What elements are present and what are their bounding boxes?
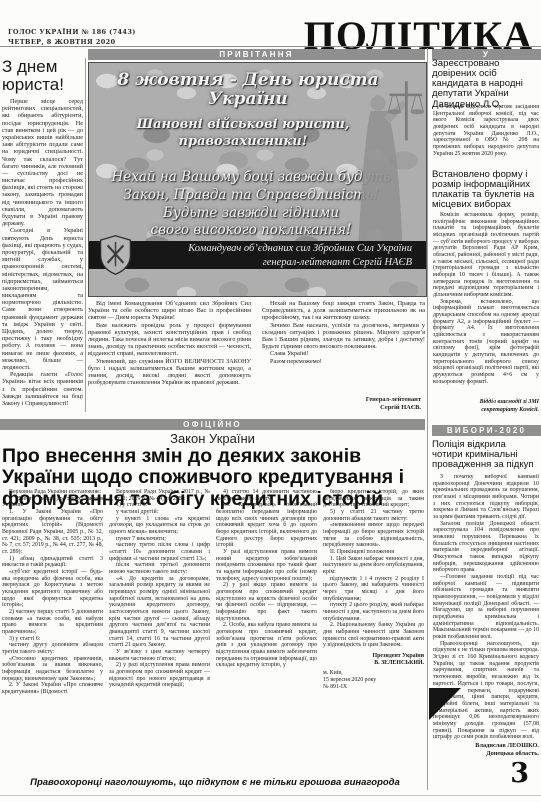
- letter-column-1: Від імені Командування Об’єднаних сил Зб…: [88, 300, 251, 412]
- card-caption-band: Командувач об’єднаних сил Збройних Сил У…: [89, 241, 426, 269]
- armed-forces-emblem-icon: [98, 234, 133, 276]
- footer-quote: Правоохоронці наголошують, що підкупом є…: [0, 777, 430, 788]
- card-subtitle-2: правозахисники!: [113, 134, 373, 150]
- letter-signature: Генерал-лейтенант Сергій НАЄВ.: [261, 396, 421, 411]
- newspaper-page: ГОЛОС УКРАЇНИ № 186 (7443) ЧЕТВЕР, 8 ЖОВ…: [0, 0, 541, 802]
- elections-article-signature: Владислав ЛЕОШКО. Донецька область.: [433, 742, 539, 758]
- law-column-3: 4) статтю 14 доповнити частиною шостою т…: [216, 489, 317, 775]
- law-place-date: м. Київ, 15 вересня 2020 року № 891-IX: [323, 670, 424, 690]
- masthead-issue-line: ГОЛОС УКРАЇНИ № 186 (7443): [8, 27, 136, 37]
- commander-letter: Від імені Командування Об’єднаних сил Зб…: [88, 300, 425, 416]
- letter-column-2: Нехай на Вашому боці завжди стоять Закон…: [262, 300, 425, 396]
- header-rule: [0, 46, 541, 47]
- greeting-card-photo: 8 жовтня - День юриста України Шановні в…: [88, 62, 427, 297]
- section-bar-greeting: ПРИВІТАННЯ: [88, 49, 425, 60]
- elections-article-title: Поліція відкрила чотири кримінальні пров…: [432, 440, 539, 470]
- left-article-body: Перше місце серед рейтингових спеціально…: [2, 98, 83, 412]
- masthead: ГОЛОС УКРАЇНИ № 186 (7443) ЧЕТВЕР, 8 ЖОВ…: [8, 27, 136, 47]
- law-body: Верховна Рада України постановляє:I. Вне…: [2, 489, 424, 775]
- sidebar-divider: [427, 48, 428, 790]
- law-column-4: бюро кредитних історій, до яких передава…: [323, 489, 424, 775]
- cec-article1-title: Зареєстровано довірених осіб кандидата в…: [432, 59, 539, 110]
- cec-article2-signature: Відділ взаємодії зі ЗМІ секретаріату Ком…: [433, 399, 539, 414]
- law-column-1: Верховна Рада України постановляє:I. Вне…: [2, 489, 103, 775]
- law-column-2: Верховної Ради України, 2017 р., № 1, ст…: [109, 489, 210, 775]
- law-president-signature: Президент України В. ЗЕЛЕНСЬКИЙ.: [323, 653, 424, 666]
- cec-article2-title: Встановлено форму і розмір інформаційних…: [432, 170, 539, 211]
- page-number: 3: [510, 760, 529, 787]
- card-subtitle-1: Шановні військові юристи,: [113, 117, 373, 133]
- card-caption-1: Командувач об’єднаних сил Збройних Сил У…: [89, 241, 426, 255]
- section-bar-elections: ВИБОРИ-2020: [432, 425, 541, 436]
- cec-article2-body: Комісія встановила форму, розмір, полігр…: [433, 212, 539, 398]
- card-caption-2: генерал-лейтенант Сергій НАЄВ: [89, 255, 426, 269]
- left-article-title: З днем юриста!: [2, 58, 84, 94]
- law-column-4-text: бюро кредитних історій, до яких передава…: [323, 489, 424, 649]
- cec-article1-body: 6 жовтня відбулося чергове засідання Цен…: [433, 104, 539, 168]
- fold-corner-decoration: [429, 688, 461, 720]
- footer-rule: [0, 795, 541, 796]
- column-divider: [85, 58, 86, 412]
- section-bar-official: офіційно: [0, 419, 425, 430]
